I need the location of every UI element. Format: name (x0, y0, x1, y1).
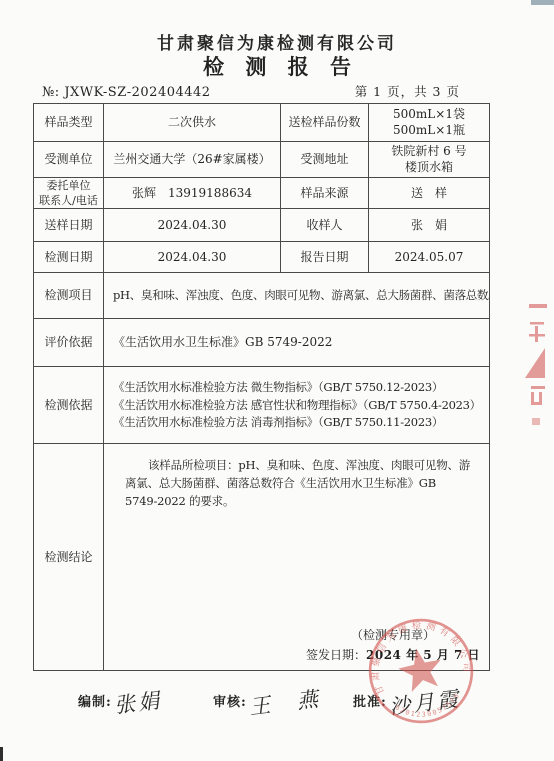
issue-block: （检测专用章） 签发日期：2024 年 5 月 7 日 (306, 625, 480, 665)
sample-count-value: 500mL×1袋 500mL×1瓶 (369, 104, 490, 142)
report-date-label: 报告日期 (281, 242, 369, 273)
report-info-table: 样品类型 二次供水 送检样品份数 500mL×1袋 500mL×1瓶 受测单位 … (33, 103, 490, 671)
sample-count-label: 送检样品份数 (281, 104, 369, 142)
prepared-by: 编制: 张娟 (78, 687, 162, 717)
sample-count-line2: 500mL×1瓶 (393, 123, 465, 138)
tested-address-line2: 楼顶水箱 (391, 160, 466, 175)
approved-signature: 沙月霞 (387, 683, 462, 722)
tested-unit-value: 兰州交通大学（26#家属楼） (104, 142, 281, 178)
conclusion-text: 该样品所检项目：pH、臭和味、色度、浑浊度、肉眼可见物、游离氯、总大肠菌群、菌落… (113, 444, 483, 510)
tested-address-line1: 铁院新村 6 号 (391, 144, 466, 159)
client-contact-label-line2: 联系人/电话 (39, 193, 98, 208)
seal-note: （检测专用章） (306, 625, 480, 645)
partial-page-seal (515, 300, 554, 440)
delivery-date-value: 2024.04.30 (104, 209, 281, 242)
page-indicator: 第 1 页，共 3 页 (355, 82, 460, 100)
prepared-label: 编制: (78, 687, 112, 710)
tested-unit-label: 受测单位 (34, 142, 104, 178)
reviewed-signature: 王 燕 (247, 683, 322, 722)
sample-source-label: 样品来源 (281, 178, 369, 209)
tested-address-value: 铁院新村 6 号 楼顶水箱 (369, 142, 490, 178)
test-date-label: 检测日期 (34, 242, 104, 273)
client-contact-label-line1: 委托单位 (47, 178, 91, 193)
report-number: №: JXWK-SZ-202404442 (42, 85, 211, 100)
approved-label: 批准: (353, 687, 387, 710)
test-basis-value: 《生活饮用水标准检验方法 微生物指标》（GB/T 5750.12-2023） 《… (104, 367, 490, 444)
sample-type-value: 二次供水 (104, 104, 281, 142)
report-date-value: 2024.05.07 (369, 242, 490, 273)
test-items-value: pH、臭和味、浑浊度、色度、肉眼可见物、游离氯、总大肠菌群、菌落总数。 (104, 273, 490, 319)
evaluation-basis-label: 评价依据 (34, 319, 104, 367)
client-contact-label: 委托单位 联系人/电话 (34, 178, 104, 209)
receiver-value: 张 娟 (369, 209, 490, 242)
delivery-date-label: 送样日期 (34, 209, 104, 242)
conclusion-cell: 该样品所检项目：pH、臭和味、色度、浑浊度、肉眼可见物、游离氯、总大肠菌群、菌落… (104, 444, 490, 671)
sample-type-label: 样品类型 (34, 104, 104, 142)
reviewed-by: 审核: 王 燕 (213, 687, 321, 717)
test-items-label: 检测项目 (34, 273, 104, 319)
report-title: 检 测 报 告 (0, 51, 554, 81)
report-meta: №: JXWK-SZ-202404442 第 1 页，共 3 页 (42, 82, 460, 100)
test-basis-line3: 《生活饮用水标准检验方法 消毒剂指标》（GB/T 5750.11-2023） (113, 414, 481, 431)
sample-count-line1: 500mL×1袋 (393, 107, 465, 122)
client-contact-value: 张辉 13919188634 (104, 178, 281, 209)
evaluation-basis-value: 《生活饮用水卫生标准》GB 5749-2022 (104, 319, 490, 367)
sample-source-value: 送 样 (369, 178, 490, 209)
scan-artifact-edge (0, 747, 3, 761)
test-basis-label: 检测依据 (34, 367, 104, 444)
conclusion-label: 检测结论 (34, 444, 104, 671)
test-date-value: 2024.04.30 (104, 242, 281, 273)
prepared-signature: 张娟 (112, 684, 163, 720)
scan-artifact-corner (531, 0, 554, 5)
tested-address-label: 受测地址 (281, 142, 369, 178)
receiver-label: 收样人 (281, 209, 369, 242)
test-basis-line1: 《生活饮用水标准检验方法 微生物指标》（GB/T 5750.12-2023） (113, 379, 481, 396)
approved-by: 批准: 沙月霞 (353, 687, 461, 717)
issue-date: 签发日期：2024 年 5 月 7 日 (306, 645, 480, 665)
test-basis-line2: 《生活饮用水标准检验方法 感官性状和物理指标》（GB/T 5750.4-2023… (113, 397, 481, 414)
reviewed-label: 审核: (213, 687, 247, 710)
